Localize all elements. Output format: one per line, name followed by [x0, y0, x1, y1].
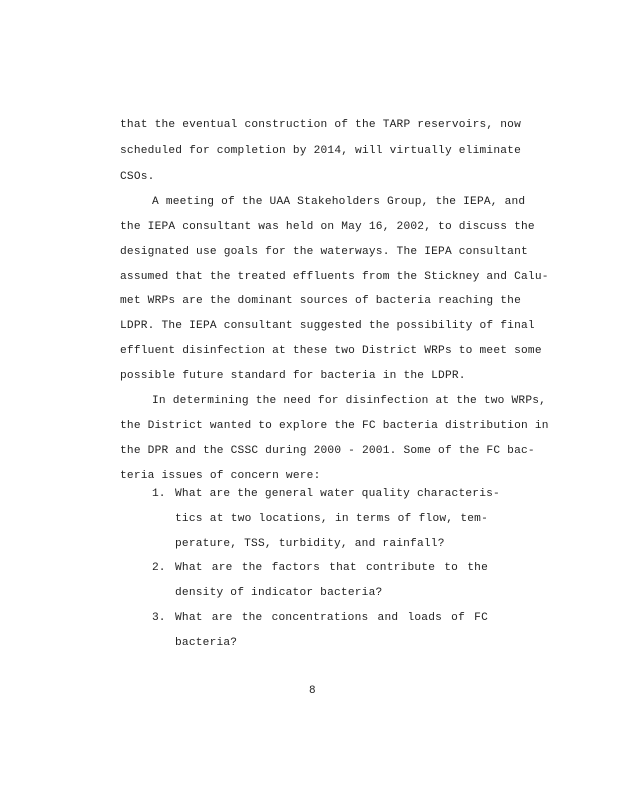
list-item-line: tics at two locations, in terms of flow,…: [175, 512, 488, 526]
paragraph-line: assumed that the treated effluents from …: [120, 270, 490, 284]
paragraph-line: A meeting of the UAA Stakeholders Group,…: [152, 195, 490, 209]
paragraph-line: effluent disinfection at these two Distr…: [120, 344, 490, 358]
paragraph-line: that the eventual construction of the TA…: [120, 118, 490, 132]
paragraph-line: the IEPA consultant was held on May 16, …: [120, 220, 490, 234]
page-number: 8: [309, 685, 316, 697]
paragraph-line: CSOs.: [120, 170, 490, 184]
list-item-line: What are the concentrations and loads of…: [175, 611, 488, 625]
document-page: that the eventual construction of the TA…: [0, 0, 619, 800]
list-item-number: 1.: [152, 487, 165, 501]
paragraph-line: met WRPs are the dominant sources of bac…: [120, 294, 490, 308]
paragraph-line: scheduled for completion by 2014, will v…: [120, 144, 490, 158]
list-item-number: 3.: [152, 611, 165, 625]
paragraph-line: LDPR. The IEPA consultant suggested the …: [120, 319, 490, 333]
list-item-line: What are the factors that contribute to …: [175, 561, 488, 575]
paragraph-line: possible future standard for bacteria in…: [120, 369, 490, 383]
paragraph-line: In determining the need for disinfection…: [152, 394, 490, 408]
list-item-number: 2.: [152, 561, 165, 575]
list-item-line: bacteria?: [175, 636, 488, 650]
list-item-line: What are the general water quality chara…: [175, 487, 488, 501]
paragraph-line: the District wanted to explore the FC ba…: [120, 419, 490, 433]
list-item-line: density of indicator bacteria?: [175, 586, 488, 600]
list-item-line: perature, TSS, turbidity, and rainfall?: [175, 537, 488, 551]
paragraph-line: teria issues of concern were:: [120, 469, 490, 483]
paragraph-line: the DPR and the CSSC during 2000 - 2001.…: [120, 444, 490, 458]
paragraph-line: designated use goals for the waterways. …: [120, 245, 490, 259]
